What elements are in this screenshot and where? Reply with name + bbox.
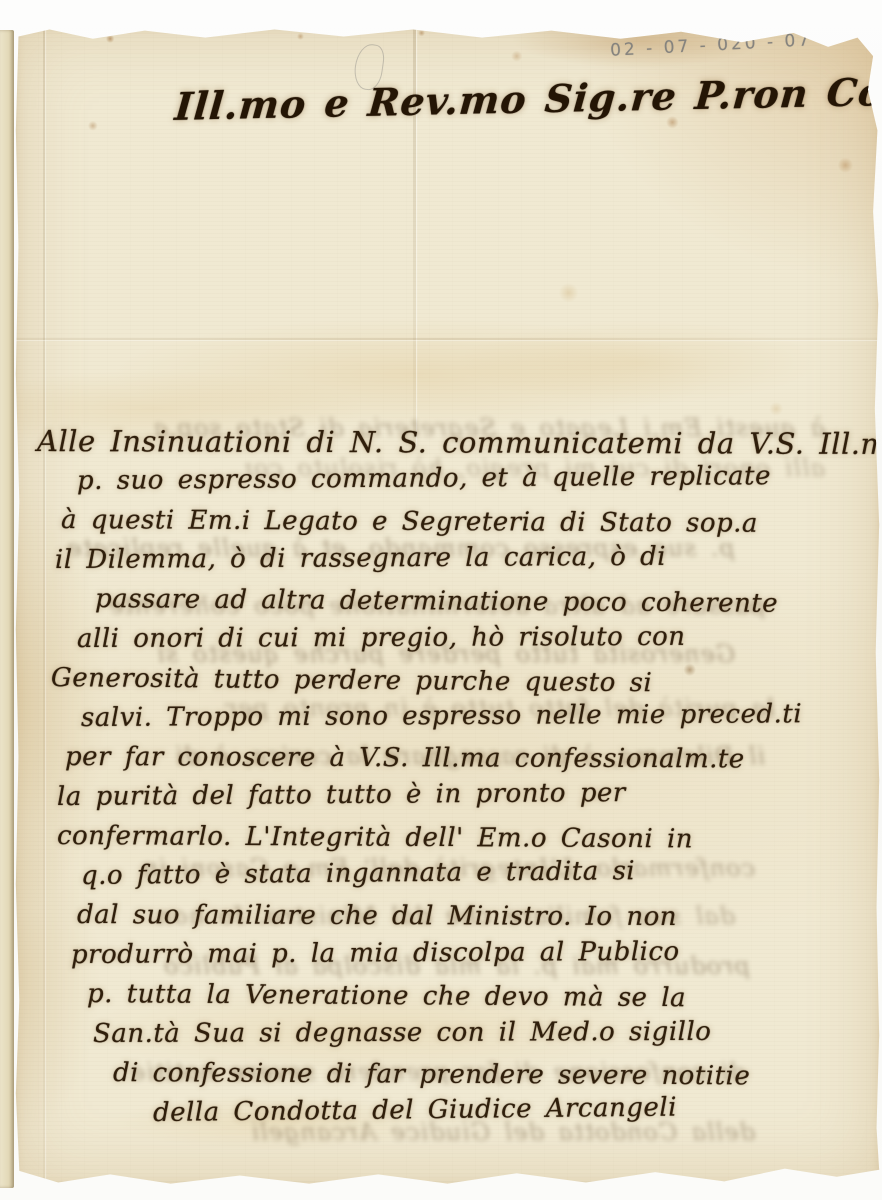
letter-body: Alle Insinuationi di N. S. communicatemi… — [37, 422, 875, 1133]
manuscript-line: produrrò mai p. la mia discolpa al Publi… — [71, 931, 875, 975]
manuscript-line: il Dilemma, ò di rassegnare la carica, ò… — [55, 536, 875, 580]
manuscript-page: 02 - 07 - 020 - 07 Ill.mo e Rev.mo Sig.r… — [15, 26, 880, 1186]
manuscript-line: p. suo espresso commando, et à quelle re… — [77, 456, 875, 501]
catalog-number: 02 - 07 - 020 - 07 — [610, 27, 871, 61]
manuscript-line: q.o fatto è stata ingannata e tradita si — [81, 850, 875, 896]
scan-background: 02 - 07 - 020 - 07 Ill.mo e Rev.mo Sig.r… — [0, 0, 882, 1200]
salutation-line: Ill.mo e Rev.mo Sig.re P.ron Col.mo — — [173, 72, 737, 129]
manuscript-line: alli onori di cui mi pregio, hò risoluto… — [77, 617, 875, 659]
fold-crease-horizontal — [15, 338, 880, 340]
manuscript-line: San.tà Sua si degnasse con il Med.o sigi… — [93, 1012, 875, 1054]
manuscript-line: la purità del fatto tutto è in pronto pe… — [57, 772, 875, 817]
manuscript-line: salvi. Troppo mi sono espresso nelle mie… — [81, 694, 875, 738]
adjacent-leaf-edge — [0, 30, 14, 1188]
manuscript-line: della Condotta del Giudice Arcangeli — [153, 1086, 875, 1133]
